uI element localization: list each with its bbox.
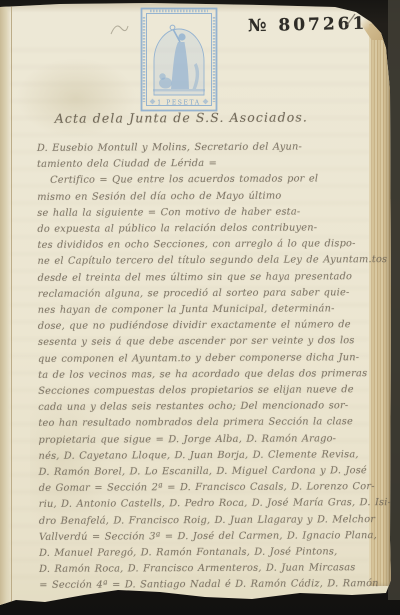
manuscript-line: do expuesta al público la relación delos… [37, 220, 373, 238]
pencil-mark [108, 20, 130, 38]
manuscript-line: tamiento dela Ciudad de Lérida = [37, 155, 373, 173]
manuscript-paper-sheet: 1 PESETA № 807261 Acta dela Junta de S.S… [0, 0, 400, 615]
scanned-document-page: 1 PESETA № 807261 Acta dela Junta de S.S… [0, 0, 400, 615]
manuscript-line: Vallverdú = Sección 3ª = D. José del Car… [39, 528, 375, 546]
manuscript-line: nés, D. Cayetano Lloque, D. Juan Borja, … [39, 447, 375, 465]
manuscript-line: mismo en Sesión del día ocho de Mayo últ… [37, 188, 373, 206]
manuscript-body: D. Eusebio Montull y Molins, Secretario … [37, 139, 375, 594]
stamp-denomination-label: 1 PESETA [157, 100, 200, 107]
manuscript-line: se halla la siguiente = Con motivo de ha… [37, 204, 373, 222]
fiscal-revenue-stamp-icon: 1 PESETA [140, 7, 218, 112]
manuscript-line: ta de los vecinos mas, se ha acordado qu… [38, 366, 374, 384]
manuscript-line: dose, que no pudiéndose dividir exactame… [38, 317, 374, 335]
pencil-tick-mark [344, 12, 358, 28]
manuscript-line: desde el treinta del mes último sin que … [38, 269, 374, 287]
manuscript-line: riu, D. Antonio Castells, D. Pedro Roca,… [39, 496, 375, 514]
manuscript-line: que componen el Ayuntam.to y deber compo… [38, 350, 374, 368]
manuscript-line: teo han resultado nombrados dela primera… [38, 415, 374, 433]
manuscript-line: sesenta y seis á que debe ascender por s… [38, 334, 374, 352]
manuscript-line: ne el Capítulo tercero del título segund… [37, 253, 373, 271]
manuscript-line: de Gomar = Sección 2ª = D. Francisco Cas… [39, 479, 375, 497]
manuscript-line: = Sección 4ª = D. Santiago Nadal é D. Ra… [39, 577, 375, 595]
manuscript-line: cada una y delas seis restantes ocho; De… [38, 398, 374, 416]
manuscript-line: D. Eusebio Montull y Molins, Secretario … [37, 139, 373, 157]
manuscript-line: propietaria que sigue = D. Jorge Alba, D… [38, 431, 374, 449]
manuscript-line: D. Ramón Borel, D. Lo Escanilla, D. Migu… [39, 463, 375, 481]
manuscript-line: D. Manuel Paregó, D. Ramón Fontanals, D.… [39, 544, 375, 562]
manuscript-title: Acta dela Junta de S.S. Asociados. [55, 109, 373, 126]
manuscript-line: reclamación alguna, se procedió al sorte… [38, 285, 374, 303]
manuscript-line: Certifico = Que entre los acuerdos tomad… [37, 172, 373, 190]
manuscript-line: dro Benafelá, D. Francisco Roig, D. Juan… [39, 512, 375, 530]
manuscript-line: nes hayan de componer la Junta Municipal… [38, 301, 374, 319]
manuscript-line: tes divididos en ocho Secciones, con arr… [37, 236, 373, 254]
manuscript-line: Secciones compuestas delos propietarios … [38, 382, 374, 400]
manuscript-text-block: Acta dela Junta de S.S. Asociados. D. Eu… [37, 109, 376, 594]
manuscript-line: D. Ramón Roca, D. Francisco Armenteros, … [39, 560, 375, 578]
